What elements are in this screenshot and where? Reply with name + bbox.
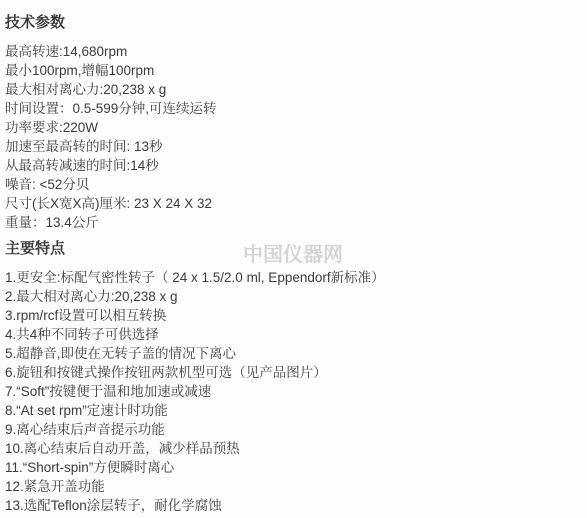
- feature-item-13: 13.选配Teflon涂层转子，耐化学腐蚀: [5, 496, 577, 515]
- product-spec-page: 中国仪器网 技术参数 最高转速:14,680rpm 最小100rpm,增幅100…: [0, 0, 587, 518]
- spec-item-weight: 重量：13.4公斤: [5, 213, 577, 232]
- tech-params-heading: 技术参数: [5, 15, 577, 30]
- feature-item-12: 12.紧急开盖功能: [5, 477, 577, 496]
- feature-item-2: 2.最大相对离心力:20,238 x g: [5, 287, 577, 306]
- spec-item-noise: 噪音: <52分贝: [5, 175, 577, 194]
- feature-item-10: 10.离心结束后自动开盖，减少样品预热: [5, 439, 577, 458]
- spec-item-decel-time: 从最高转减速的时间:14秒: [5, 156, 577, 175]
- features-list: 1.更安全:标配气密性转子（ 24 x 1.5/2.0 ml, Eppendor…: [5, 268, 577, 515]
- feature-item-11: 11.“Short-spin”方便瞬时离心: [5, 458, 577, 477]
- spec-item-max-speed: 最高转速:14,680rpm: [5, 42, 577, 61]
- spec-item-dimensions: 尺寸(长X宽X高)厘米: 23 X 24 X 32: [5, 194, 577, 213]
- feature-item-9: 9.离心结束后声音提示功能: [5, 420, 577, 439]
- feature-item-3: 3.rpm/rcf设置可以相互转换: [5, 306, 577, 325]
- feature-item-8: 8.“At set rpm”定速计时功能: [5, 401, 577, 420]
- feature-item-7: 7.“Soft”按键便于温和地加速或减速: [5, 382, 577, 401]
- spec-item-max-rcf: 最大相对离心力:20,238 x g: [5, 80, 577, 99]
- tech-params-list: 最高转速:14,680rpm 最小100rpm,增幅100rpm 最大相对离心力…: [5, 42, 577, 232]
- feature-item-4: 4.共4种不同转子可供选择: [5, 325, 577, 344]
- feature-item-1: 1.更安全:标配气密性转子（ 24 x 1.5/2.0 ml, Eppendor…: [5, 268, 577, 287]
- feature-item-5: 5.超静音,即使在无转子盖的情况下离心: [5, 344, 577, 363]
- spec-item-accel-time: 加速至最高转的时间: 13秒: [5, 137, 577, 156]
- feature-item-6: 6.旋钮和按键式操作按钮两款机型可选（见产品图片）: [5, 363, 577, 382]
- page-content: 技术参数 最高转速:14,680rpm 最小100rpm,增幅100rpm 最大…: [0, 0, 587, 515]
- spec-item-power: 功率要求:220W: [5, 118, 577, 137]
- spec-item-time-setting: 时间设置：0.5-599分钟,可连续运转: [5, 99, 577, 118]
- spec-item-min-increment: 最小100rpm,增幅100rpm: [5, 61, 577, 80]
- features-heading: 主要特点: [5, 241, 577, 256]
